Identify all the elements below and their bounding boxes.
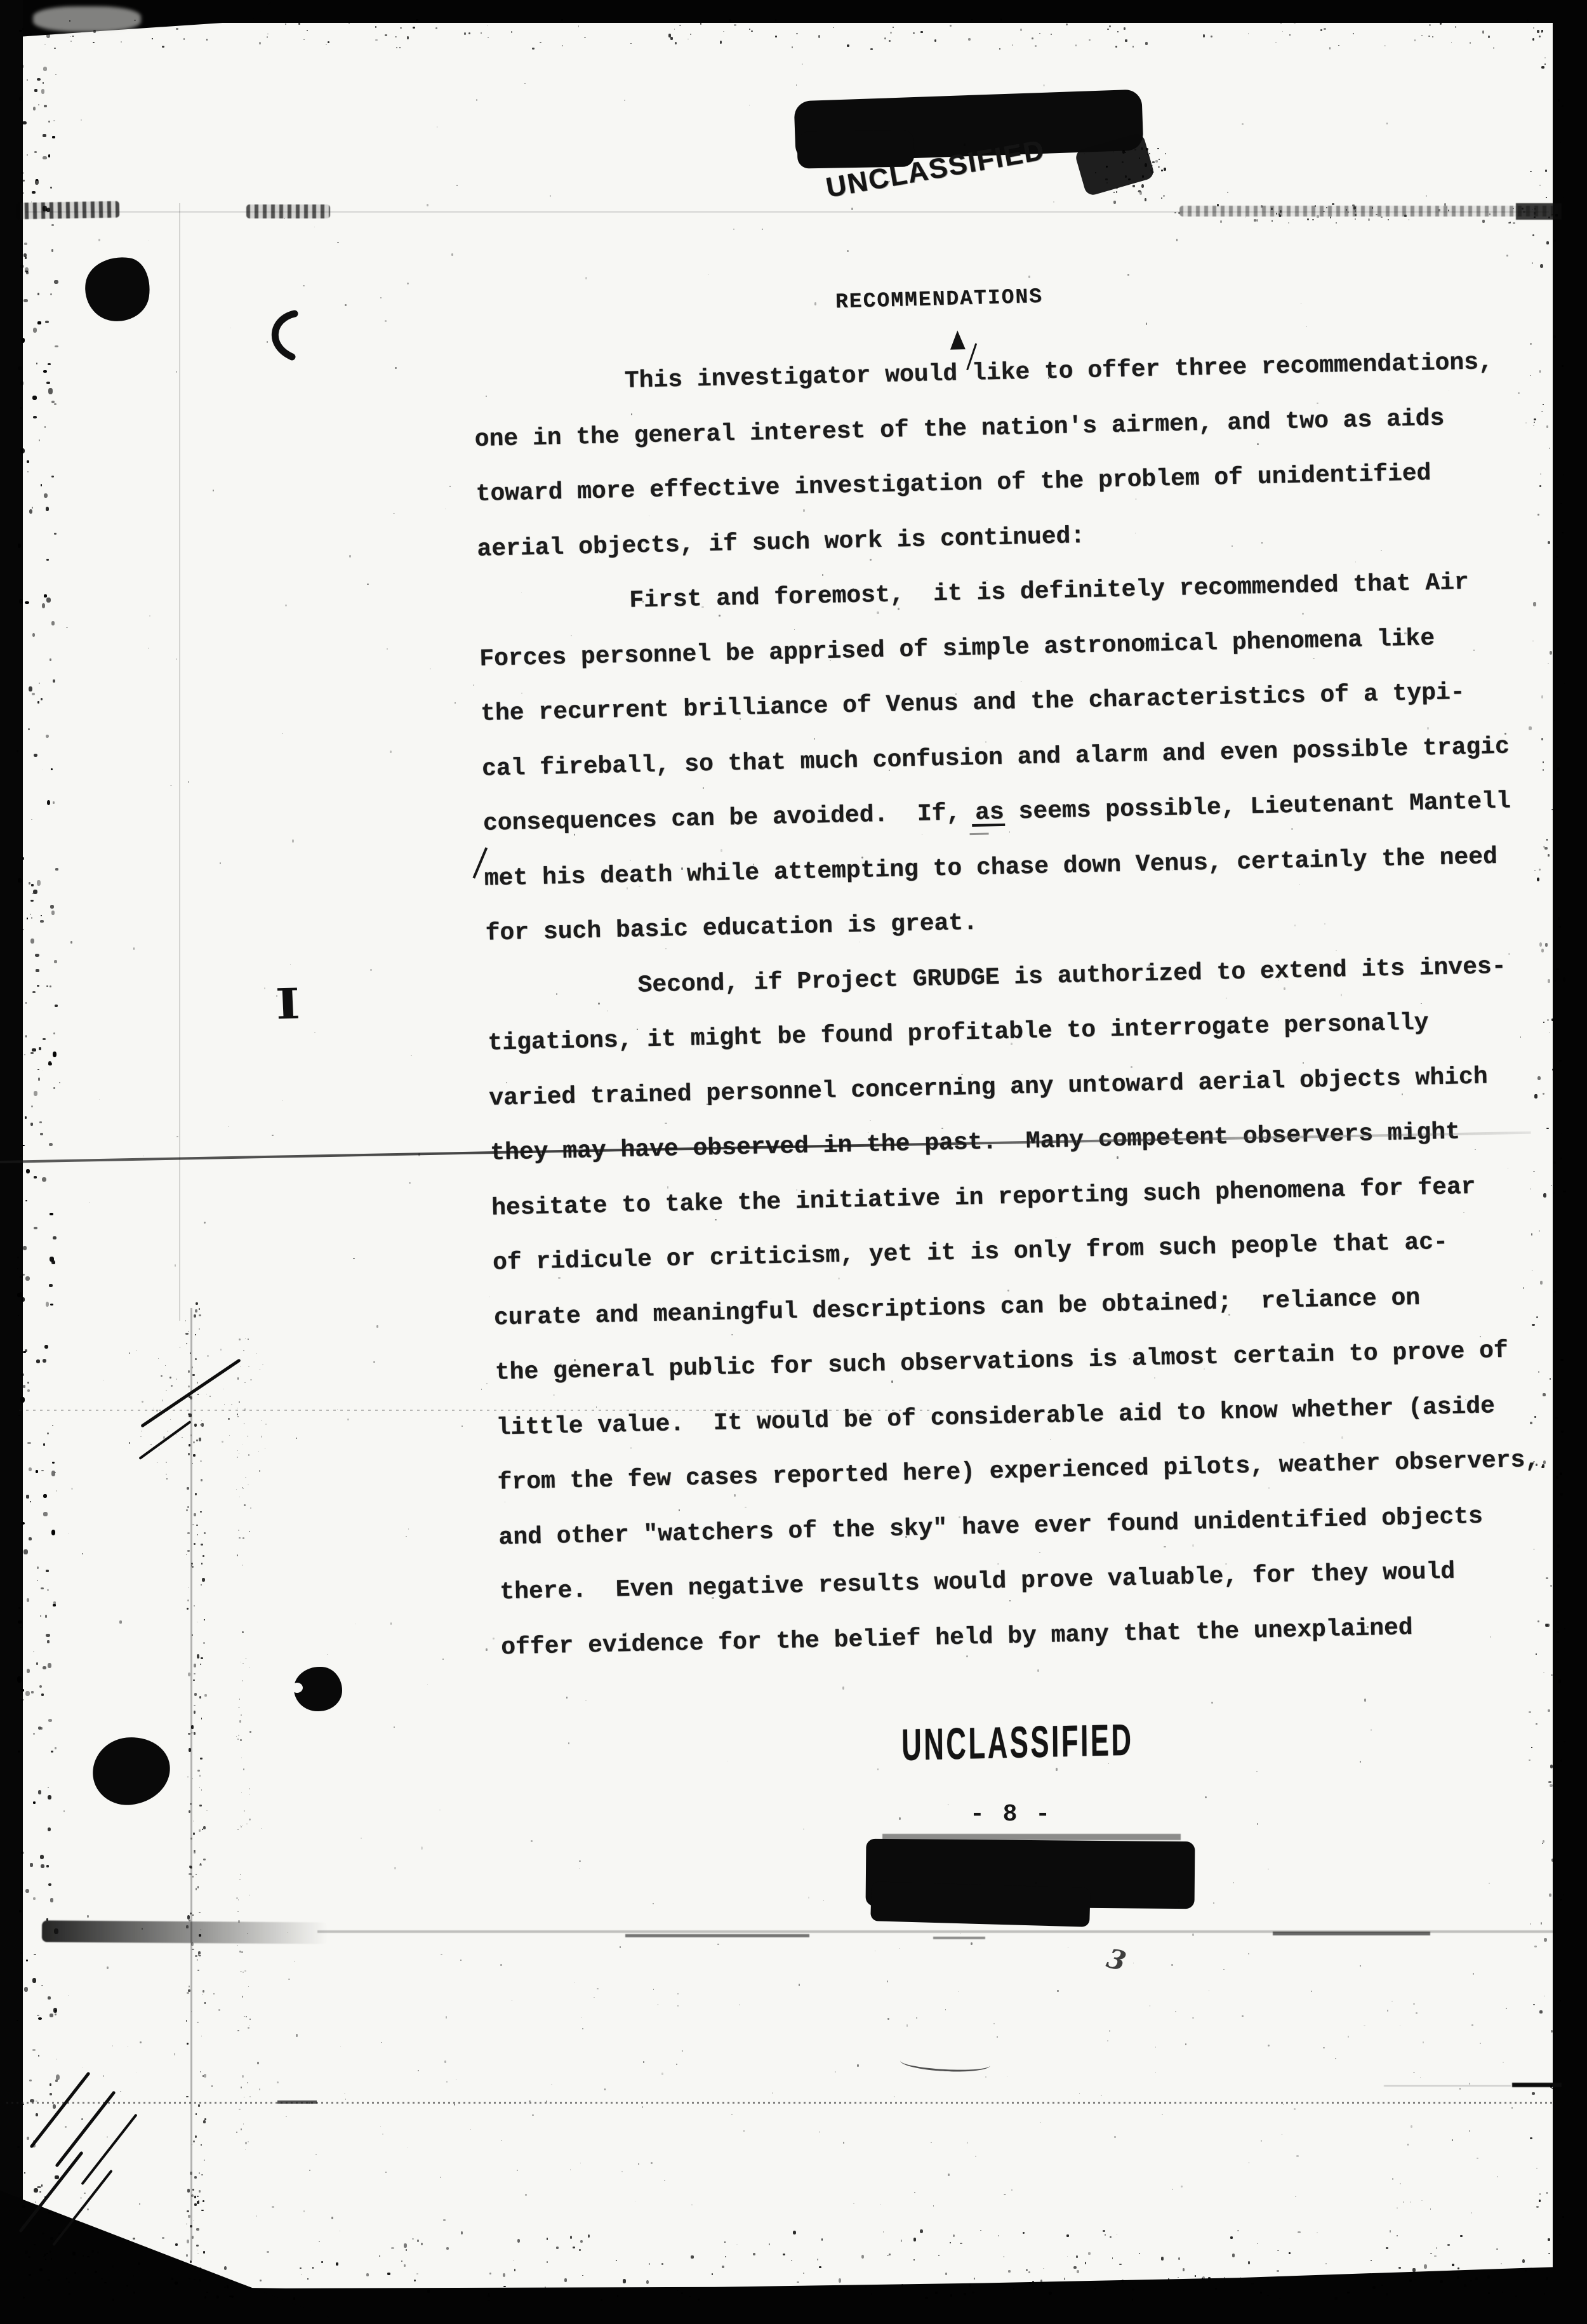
edge-dash [933, 1937, 985, 1939]
smudge-mark [246, 204, 330, 218]
scanned-document: UNCLASSIFIED RECOMMENDATIONS This invest… [0, 0, 1587, 2324]
paper-corner-highlight [33, 6, 141, 32]
redaction-block-bottom-lobe [870, 1881, 1091, 1927]
redaction-fringe [882, 1834, 1181, 1840]
dotted-scan-line-dark-segment [277, 2100, 317, 2104]
body-text: This investigator would like to offer th… [473, 334, 1581, 1676]
underline-mark [970, 832, 989, 835]
c-pen-mark [259, 309, 300, 366]
smudge-mark [17, 201, 119, 220]
page-number: - 8 - [970, 1801, 1052, 1829]
insertion-caret-mark [950, 330, 966, 350]
smudge-mark [1179, 206, 1560, 217]
vertical-fold-line [179, 203, 180, 1321]
section-heading: RECOMMENDATIONS [835, 284, 1044, 316]
ink-blot-notch [291, 1683, 303, 1693]
edge-dash [1273, 1932, 1430, 1935]
vertical-fold-line [190, 1308, 192, 2261]
edge-dash [625, 1934, 809, 1937]
edge-tick-mark [1512, 2083, 1562, 2087]
i-pen-mark: I [275, 982, 301, 1025]
edge-tick-lead [1384, 2085, 1511, 2087]
dotted-scan-line [6, 2102, 1553, 2104]
unclassified-stamp-bottom: UNCLASSIFIED [901, 1714, 1134, 1770]
page-edge-smudge [42, 1920, 328, 1944]
